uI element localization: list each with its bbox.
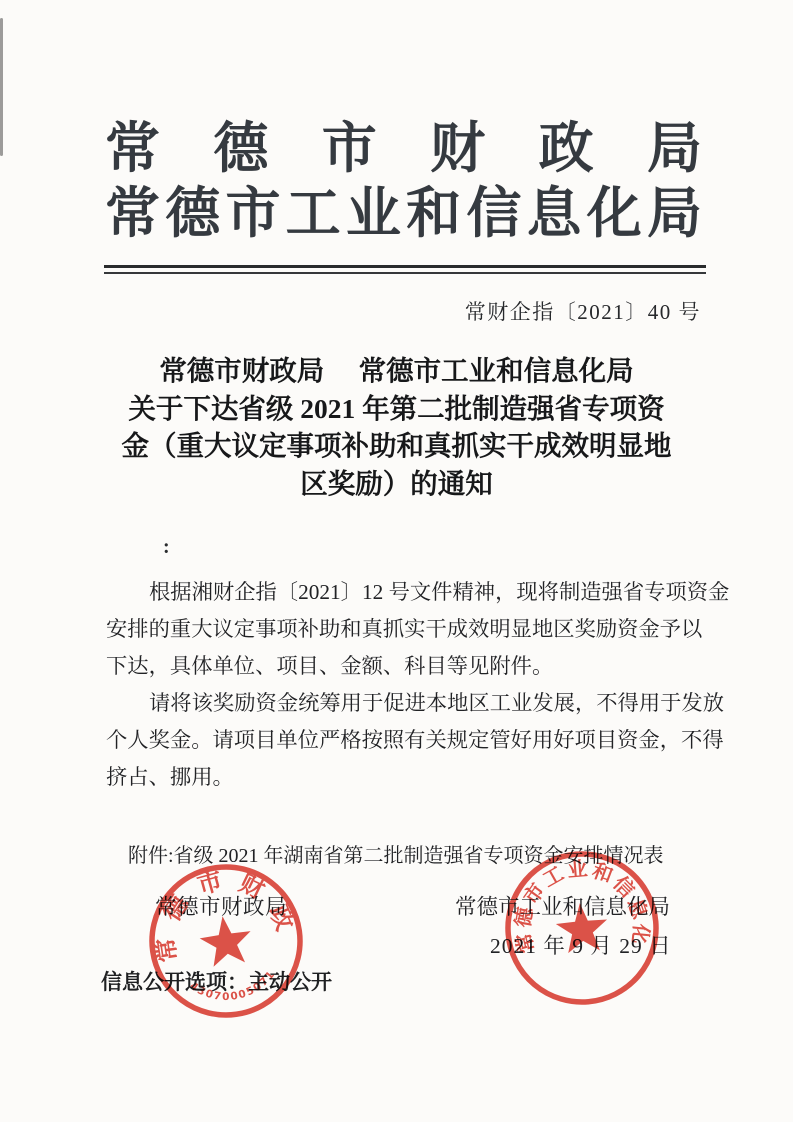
- scan-edge-artifact: [0, 18, 3, 156]
- header-double-rule: [104, 265, 706, 274]
- red-star-icon: [197, 913, 255, 968]
- notice-title-line-2: 关于下达省级 2021 年第二批制造强省专项资: [55, 390, 738, 428]
- official-seal-left: 常德市财政局 43070005071: [136, 851, 317, 1032]
- official-seal-right: 常德市工业和信息化局: [495, 841, 668, 1014]
- seal-left-graphic: 常德市财政局 43070005071: [136, 851, 317, 1032]
- paragraph-2-line-1: 请将该奖励资金统筹用于促进本地区工业发展，不得用于发放: [106, 685, 710, 722]
- paragraph-1-line-2: 安排的重大议定事项补助和真抓实干成效明显地区奖励资金予以: [106, 611, 710, 648]
- header-agency-line-2: 常德市工业和信息化局: [105, 183, 702, 245]
- paragraph-1-line-1: 根据湘财企指〔2021〕12 号文件精神，现将制造强省专项资金: [106, 574, 710, 611]
- seal-right-graphic: 常德市工业和信息化局: [495, 841, 668, 1014]
- notice-title: 常德市财政局 常德市工业和信息化局 关于下达省级 2021 年第二批制造强省专项…: [55, 352, 738, 503]
- paragraph-1-line-3: 下达，具体单位、项目、金额、科目等见附件。: [106, 648, 710, 685]
- red-star-icon: [554, 901, 609, 954]
- notice-title-line-3: 金（重大议定事项补助和真抓实干成效明显地: [55, 427, 738, 465]
- header-agency-line-1: 常德市财政局: [105, 118, 702, 180]
- notice-title-line-4: 区奖励）的通知: [55, 465, 738, 503]
- doc-number: 常财企指〔2021〕40 号: [104, 296, 701, 326]
- notice-title-line-1: 常德市财政局 常德市工业和信息化局: [55, 352, 738, 390]
- scanned-notice-page: 常德市财政局 常德市工业和信息化局 常财企指〔2021〕40 号 常德市财政局 …: [0, 0, 793, 1122]
- notice-body: 根据湘财企指〔2021〕12 号文件精神，现将制造强省专项资金 安排的重大议定事…: [106, 574, 710, 795]
- recipient-colon: :: [163, 536, 170, 559]
- paragraph-2-line-3: 挤占、挪用。: [106, 759, 710, 796]
- paragraph-2-line-2: 个人奖金。请项目单位严格按照有关规定管好用好项目资金，不得: [106, 722, 710, 759]
